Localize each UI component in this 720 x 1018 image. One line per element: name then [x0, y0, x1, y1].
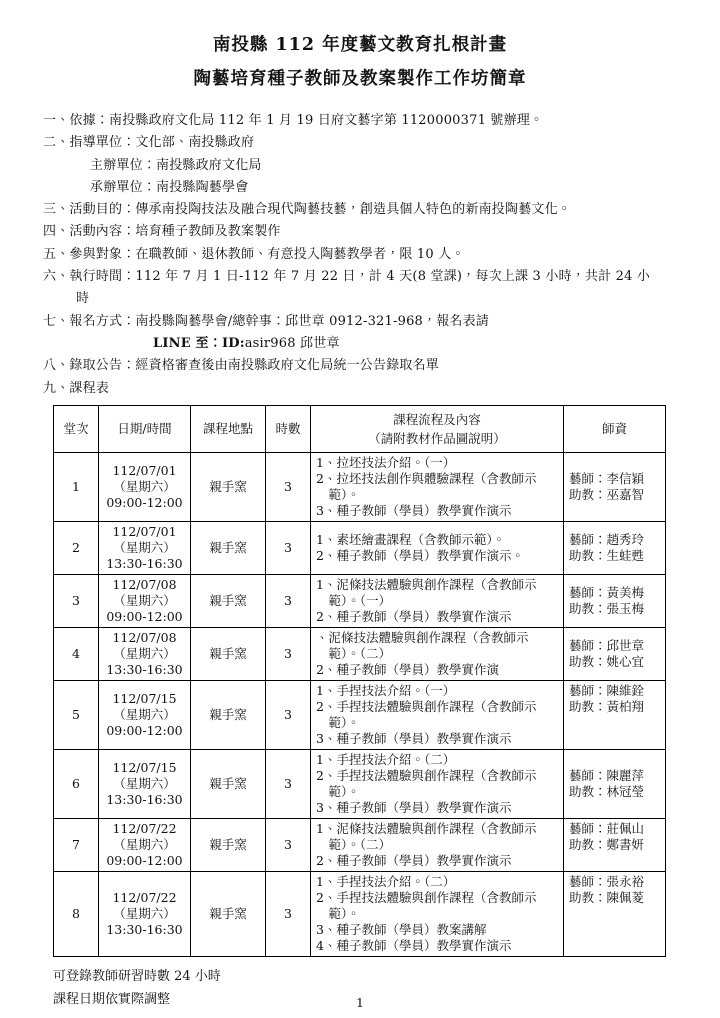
- item-basis: 一、依據：南投縣政府文化局 112 年 1 月 19 日府文藝字第 112000…: [43, 110, 677, 132]
- cell-hours: 3: [266, 680, 311, 749]
- cell-content: 1、手捏技法介紹。（二） 2、手捏技法體驗與創作課程（含教師示 範）。 3、種子…: [311, 749, 564, 818]
- cell-teacher: 藝師：李信穎 助教：巫嘉智: [564, 452, 666, 521]
- item-participants: 五、參與對象：在職教師、退休教師、有意投入陶藝教學者，限 10 人。: [43, 244, 677, 266]
- cell-date: 112/07/01 （星期六） 13:30-16:30: [99, 521, 191, 574]
- item-course-table-heading: 九、課程表: [43, 378, 677, 400]
- item-advisory-unit: 二、指導單位：文化部、南投縣政府: [43, 132, 677, 154]
- document-title-line2: 陶藝培育種子教師及教案製作工作坊簡章: [43, 62, 677, 96]
- document-body: 一、依據：南投縣政府文化局 112 年 1 月 19 日府文藝字第 112000…: [43, 110, 677, 400]
- cell-location: 親手窯: [191, 452, 266, 521]
- item-host-unit: 主辦單位：南投縣政府文化局: [43, 155, 677, 177]
- header-course-content: 課程流程及內容 （請附教材作品圖說明）: [311, 405, 564, 452]
- line-id-label: LINE 至：ID:: [153, 336, 245, 351]
- cell-content: 1、泥條技法體驗與創作課程（含教師示 範）。（一） 2、種子教師（學員）教學實作…: [311, 574, 564, 627]
- course-table: 堂次 日期/時間 課程地點 時數 課程流程及內容 （請附教材作品圖說明） 師資 …: [53, 405, 666, 957]
- item-registration-line2: LINE 至：ID:asir968 邱世章: [43, 333, 677, 355]
- cell-location: 親手窯: [191, 818, 266, 871]
- note-certified-hours: 可登錄教師研習時數 24 小時: [53, 965, 677, 988]
- table-row: 3 112/07/08 （星期六） 09:00-12:00 親手窯 3 1、泥條…: [54, 574, 666, 627]
- cell-session: 1: [54, 452, 99, 521]
- header-location: 課程地點: [191, 405, 266, 452]
- cell-date: 112/07/15 （星期六） 09:00-12:00: [99, 680, 191, 749]
- cell-content: 1、素坯繪畫課程（含教師示範）。 2、種子教師（學員）教學實作演示。: [311, 521, 564, 574]
- cell-date: 112/07/22 （星期六） 09:00-12:00: [99, 818, 191, 871]
- document-titles: 南投縣 112 年度藝文教育扎根計畫 陶藝培育種子教師及教案製作工作坊簡章: [43, 28, 677, 96]
- header-hours: 時數: [266, 405, 311, 452]
- table-row: 1 112/07/01 （星期六） 09:00-12:00 親手窯 3 1、拉坯…: [54, 452, 666, 521]
- item-registration: 七、報名方式：南投縣陶藝學會/總幹事：邱世章 0912-321-968，報名表請: [43, 311, 677, 333]
- cell-hours: 3: [266, 627, 311, 680]
- cell-content: 1、手捏技法介紹。（二） 2、手捏技法體驗與創作課程（含教師示 範）。 3、種子…: [311, 871, 564, 956]
- cell-session: 7: [54, 818, 99, 871]
- cell-teacher: 藝師：莊佩山 助教：鄭書妍: [564, 818, 666, 871]
- cell-date: 112/07/15 （星期六） 13:30-16:30: [99, 749, 191, 818]
- cell-location: 親手窯: [191, 749, 266, 818]
- cell-location: 親手窯: [191, 871, 266, 956]
- item-purpose: 三、活動目的：傳承南投陶技法及融合現代陶藝技藝，創造具個人特色的新南投陶藝文化。: [43, 199, 677, 221]
- document-title-line1: 南投縣 112 年度藝文教育扎根計畫: [43, 28, 677, 62]
- cell-teacher: 藝師：邱世章 助教：姚心宜: [564, 627, 666, 680]
- cell-hours: 3: [266, 574, 311, 627]
- item-admission-notice: 八、錄取公告：經資格審查後由南投縣政府文化局統一公告錄取名單: [43, 355, 677, 377]
- cell-location: 親手窯: [191, 680, 266, 749]
- item-schedule-line1: 六、執行時間：112 年 7 月 1 日-112 年 7 月 22 日，計 4 …: [43, 266, 677, 288]
- cell-hours: 3: [266, 871, 311, 956]
- cell-location: 親手窯: [191, 574, 266, 627]
- cell-session: 6: [54, 749, 99, 818]
- cell-teacher: 藝師：張永裕 助教：陳佩菱: [564, 871, 666, 956]
- table-row: 6 112/07/15 （星期六） 13:30-16:30 親手窯 3 1、手捏…: [54, 749, 666, 818]
- cell-teacher: 藝師：黃美梅 助教：張玉梅: [564, 574, 666, 627]
- cell-content: 1、手捏技法介紹。（一） 2、手捏技法體驗與創作課程（含教師示 範）。 3、種子…: [311, 680, 564, 749]
- header-session: 堂次: [54, 405, 99, 452]
- item-schedule-line2: 時: [43, 288, 677, 310]
- header-teachers: 師資: [564, 405, 666, 452]
- document-page: 南投縣 112 年度藝文教育扎根計畫 陶藝培育種子教師及教案製作工作坊簡章 一、…: [0, 0, 720, 1018]
- cell-location: 親手窯: [191, 627, 266, 680]
- cell-location: 親手窯: [191, 521, 266, 574]
- cell-hours: 3: [266, 521, 311, 574]
- cell-session: 2: [54, 521, 99, 574]
- cell-hours: 3: [266, 452, 311, 521]
- cell-hours: 3: [266, 818, 311, 871]
- cell-date: 112/07/08 （星期六） 09:00-12:00: [99, 574, 191, 627]
- cell-date: 112/07/08 （星期六） 13:30-16:30: [99, 627, 191, 680]
- item-organizer-unit: 承辦單位：南投縣陶藝學會: [43, 177, 677, 199]
- cell-content: 1、拉坯技法介紹。（一） 2、拉坯技法創作與體驗課程（含教師示 範）。 3、種子…: [311, 452, 564, 521]
- table-row: 5 112/07/15 （星期六） 09:00-12:00 親手窯 3 1、手捏…: [54, 680, 666, 749]
- table-row: 8 112/07/22 （星期六） 13:30-16:30 親手窯 3 1、手捏…: [54, 871, 666, 956]
- cell-content: 1、泥條技法體驗與創作課程（含教師示 範）。（二） 2、種子教師（學員）教學實作…: [311, 818, 564, 871]
- table-row: 7 112/07/22 （星期六） 09:00-12:00 親手窯 3 1、泥條…: [54, 818, 666, 871]
- cell-session: 3: [54, 574, 99, 627]
- cell-content: 、泥條技法體驗與創作課程（含教師示 範）。（二） 2、種子教師（學員）教學實作演: [311, 627, 564, 680]
- table-row: 4 112/07/08 （星期六） 13:30-16:30 親手窯 3 、泥條技…: [54, 627, 666, 680]
- cell-date: 112/07/22 （星期六） 13:30-16:30: [99, 871, 191, 956]
- table-header-row: 堂次 日期/時間 課程地點 時數 課程流程及內容 （請附教材作品圖說明） 師資: [54, 405, 666, 452]
- cell-date: 112/07/01 （星期六） 09:00-12:00: [99, 452, 191, 521]
- cell-session: 4: [54, 627, 99, 680]
- cell-session: 8: [54, 871, 99, 956]
- cell-teacher: 藝師：陳麗萍 助教：林冠瑩: [564, 749, 666, 818]
- line-id-value: asir968 邱世章: [245, 336, 340, 351]
- item-content: 四、活動內容：培育種子教師及教案製作: [43, 221, 677, 243]
- cell-hours: 3: [266, 749, 311, 818]
- cell-teacher: 藝師：陳維銓 助教：黃柏翔: [564, 680, 666, 749]
- table-row: 2 112/07/01 （星期六） 13:30-16:30 親手窯 3 1、素坯…: [54, 521, 666, 574]
- page-number: 1: [0, 995, 720, 1010]
- cell-teacher: 藝師：趙秀玲 助教：生蛙甦: [564, 521, 666, 574]
- header-date-time: 日期/時間: [99, 405, 191, 452]
- cell-session: 5: [54, 680, 99, 749]
